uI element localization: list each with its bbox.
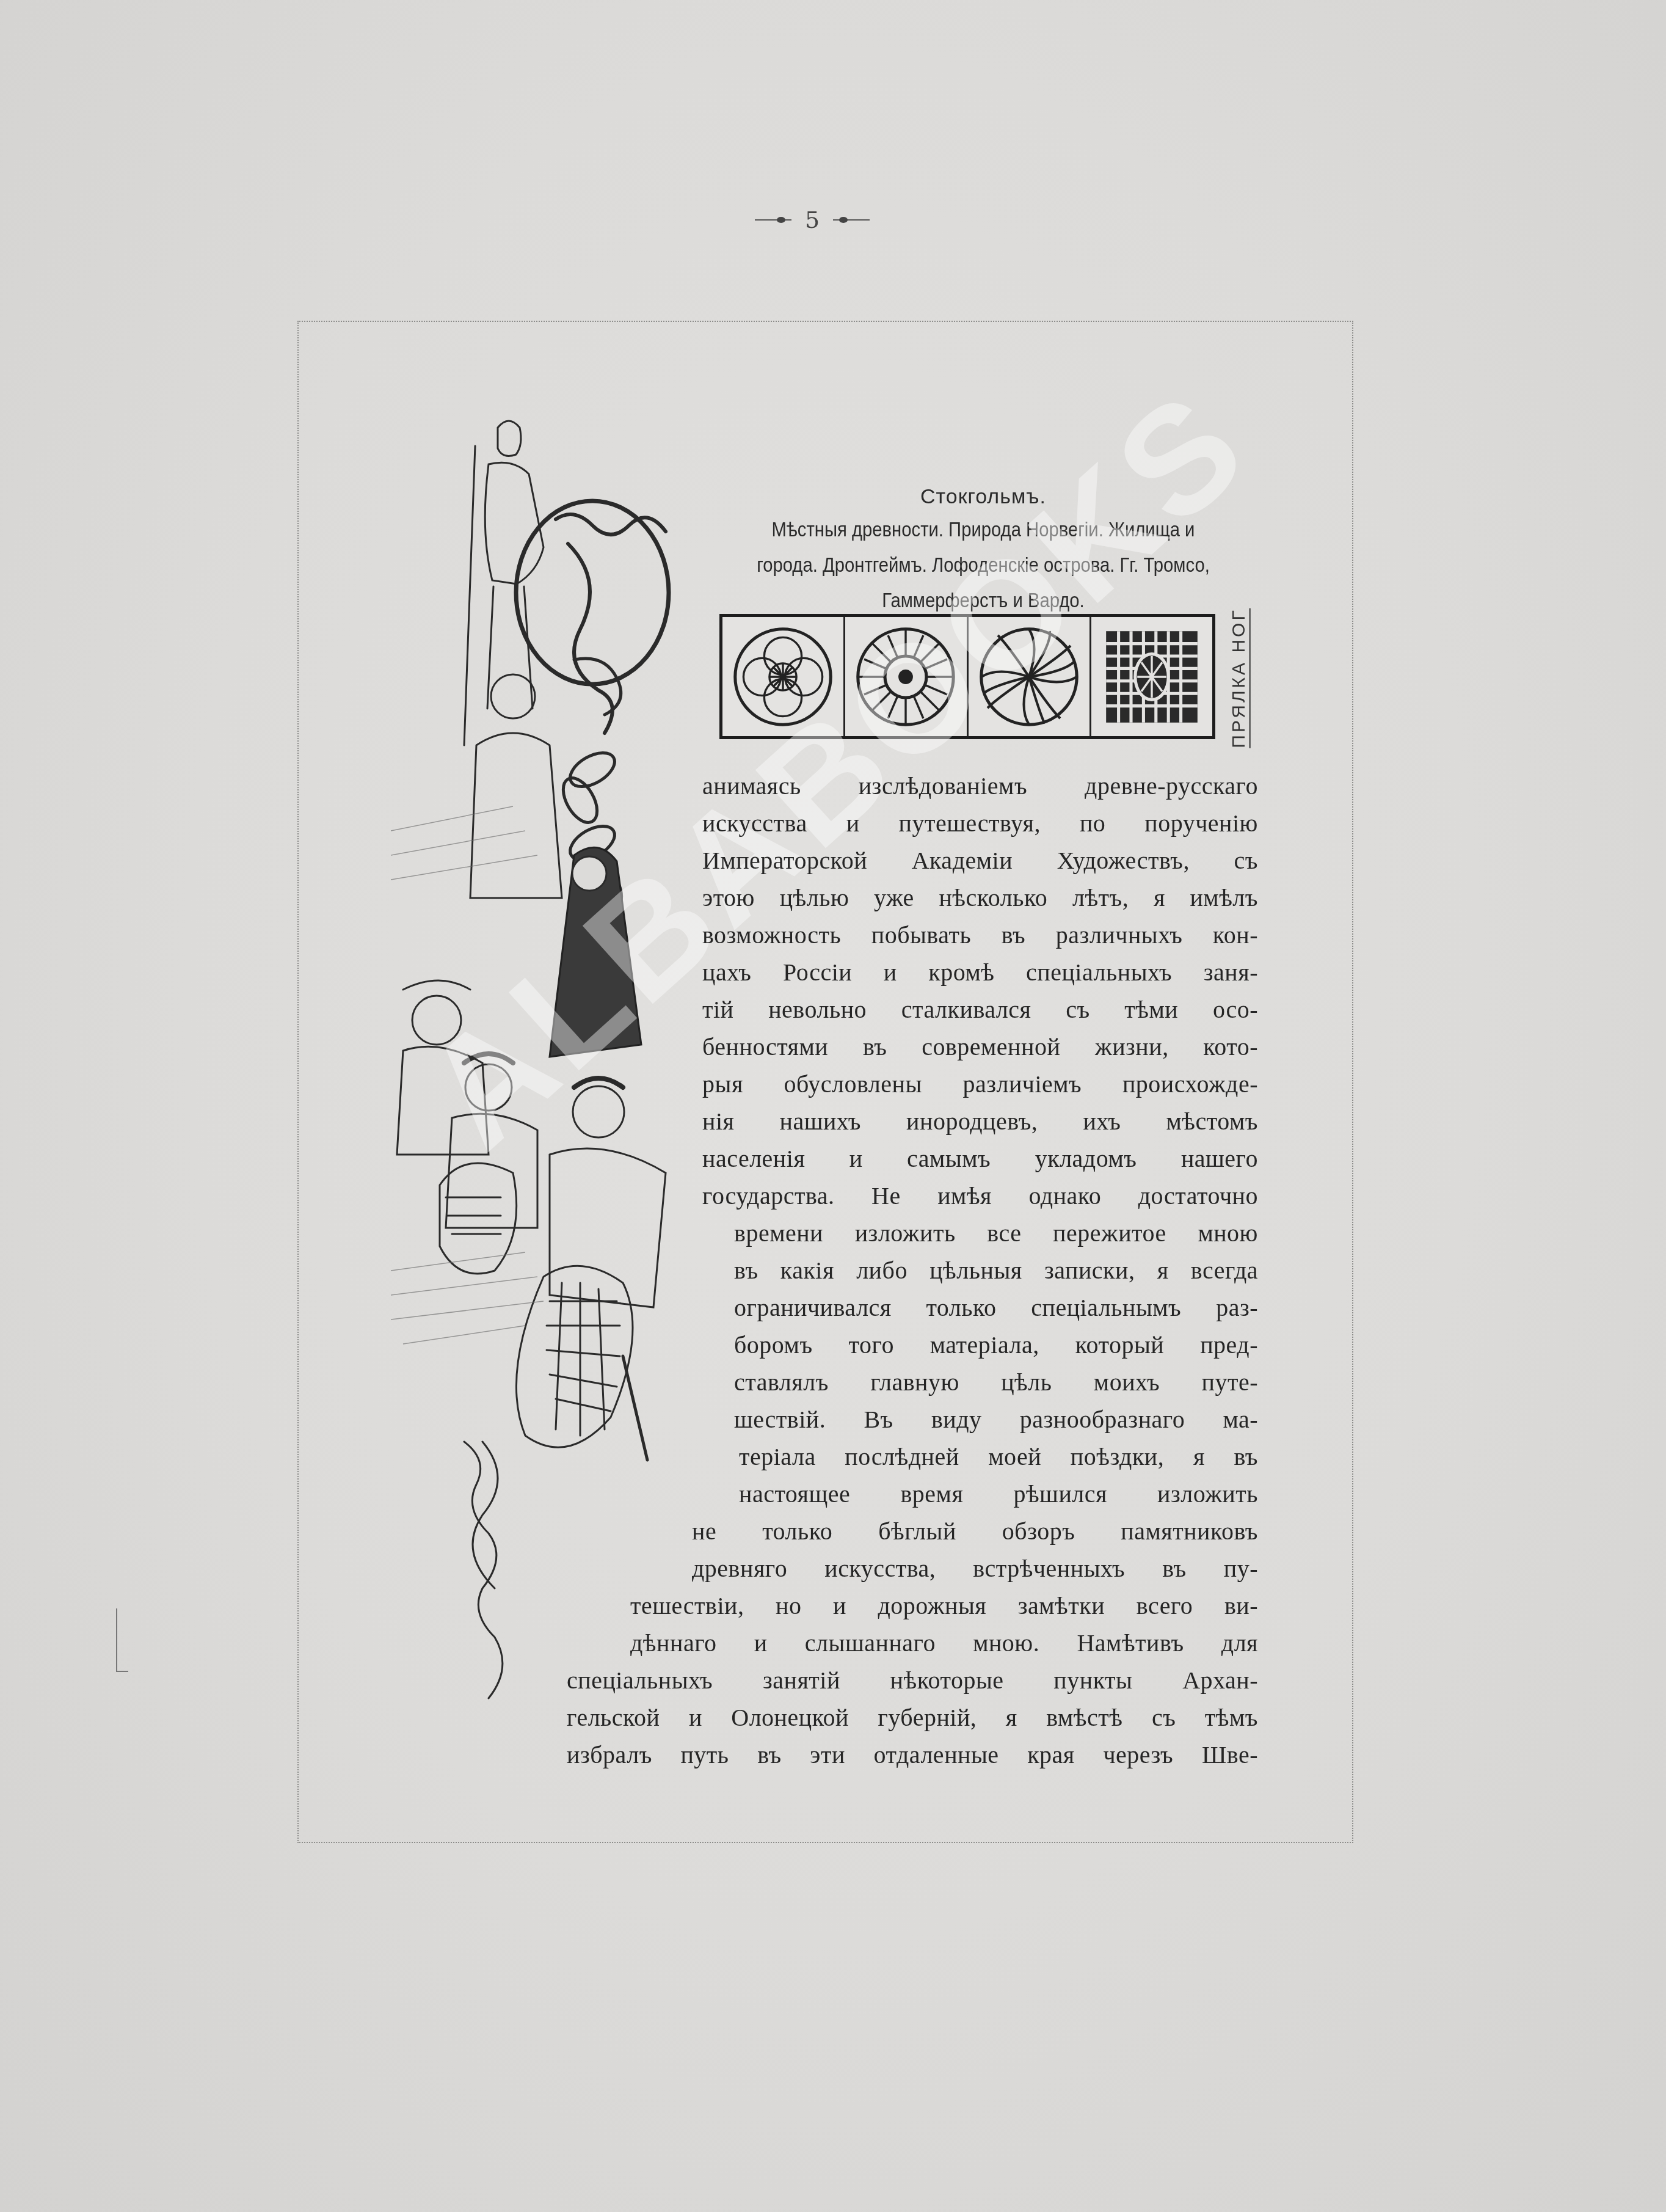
body-line: не только бѣглый обзоръ памятниковъ xyxy=(692,1516,1258,1547)
swirl-rosette-icon xyxy=(969,617,1091,736)
body-line: этою цѣлью уже нѣсколько лѣтъ, я имѣлъ xyxy=(702,883,1258,913)
body-line: нія нашихъ инородцевъ, ихъ мѣстомъ xyxy=(702,1106,1258,1137)
page-number: 5 xyxy=(751,205,873,235)
body-line: государства. Не имѣя однако достаточно xyxy=(702,1181,1258,1211)
body-line: тешествіи, но и дорожныя замѣтки всего в… xyxy=(630,1591,1258,1621)
body-line: дѣннаго и слышаннаго мною. Намѣтивъ для xyxy=(630,1628,1258,1659)
body-line: цахъ Россіи и кромѣ спеціальныхъ заня- xyxy=(702,957,1258,988)
heading-subtitle-line: Гаммерферстъ и Вардо. xyxy=(710,583,1256,618)
rosette-star-icon xyxy=(845,617,968,736)
body-line: ставлялъ главную цѣль моихъ путе- xyxy=(734,1367,1258,1398)
body-line: Императорской Академіи Художествъ, съ xyxy=(702,845,1258,876)
heading-subtitle-line: Мѣстныя древности. Природа Норвегіи. Жил… xyxy=(710,512,1256,547)
body-line: спеціальныхъ занятій нѣкоторые пункты Ар… xyxy=(567,1665,1258,1696)
body-line: избралъ путь въ эти отдаленные края чере… xyxy=(567,1740,1258,1770)
body-line: рыя обусловлены различіемъ происхожде- xyxy=(702,1069,1258,1100)
body-line: въ какія либо цѣльныя записки, я всегда xyxy=(734,1255,1258,1286)
body-line: древняго искусства, встрѣченныхъ въ пу- xyxy=(692,1553,1258,1584)
chapter-heading: Стокгольмъ. Мѣстныя древности. Природа Н… xyxy=(708,481,1258,618)
body-line: анимаясь изслѣдованіемъ древне-русскаго xyxy=(702,771,1258,801)
body-line: гельской и Олонецкой губерній, я вмѣстѣ … xyxy=(567,1703,1258,1733)
rosette-flower-icon xyxy=(722,617,845,736)
body-line: ограничивался только спеціальнымъ раз- xyxy=(734,1293,1258,1323)
vertical-caption: ПРЯЛКА НОГ xyxy=(1221,611,1258,745)
body-line: тій невольно сталкивался съ тѣми осо- xyxy=(702,995,1258,1025)
body-line: боромъ того матеріала, который пред- xyxy=(734,1330,1258,1360)
heading-subtitle-line: города. Дронтгеймъ. Лофоденскіе острова.… xyxy=(710,547,1256,583)
body-line: теріала послѣдней моей поѣздки, я въ xyxy=(739,1442,1258,1472)
body-line: настоящее время рѣшился изложить xyxy=(739,1479,1258,1509)
heading-city: Стокгольмъ. xyxy=(708,481,1258,512)
body-line: бенностями въ современной жизни, кото- xyxy=(702,1032,1258,1062)
body-line: шествій. Въ виду разнообразнаго ма- xyxy=(734,1404,1258,1435)
ornament-arrow-left-icon xyxy=(755,214,791,226)
vertical-caption-text: ПРЯЛКА НОГ xyxy=(1229,608,1251,748)
body-line: возможность побывать въ различныхъ кон- xyxy=(702,920,1258,951)
body-line: искусства и путешествуя, по порученію xyxy=(702,808,1258,839)
lattice-rosette-icon xyxy=(1091,617,1212,736)
edge-mark xyxy=(116,1608,128,1672)
ornament-arrow-right-icon xyxy=(833,214,870,226)
engraving-illustration xyxy=(391,403,733,1765)
page-number-text: 5 xyxy=(805,206,820,233)
body-line: времени изложить все пережитое мною xyxy=(734,1218,1258,1249)
body-line: населенія и самымъ укладомъ нашего xyxy=(702,1144,1258,1174)
ornament-band xyxy=(719,614,1215,739)
